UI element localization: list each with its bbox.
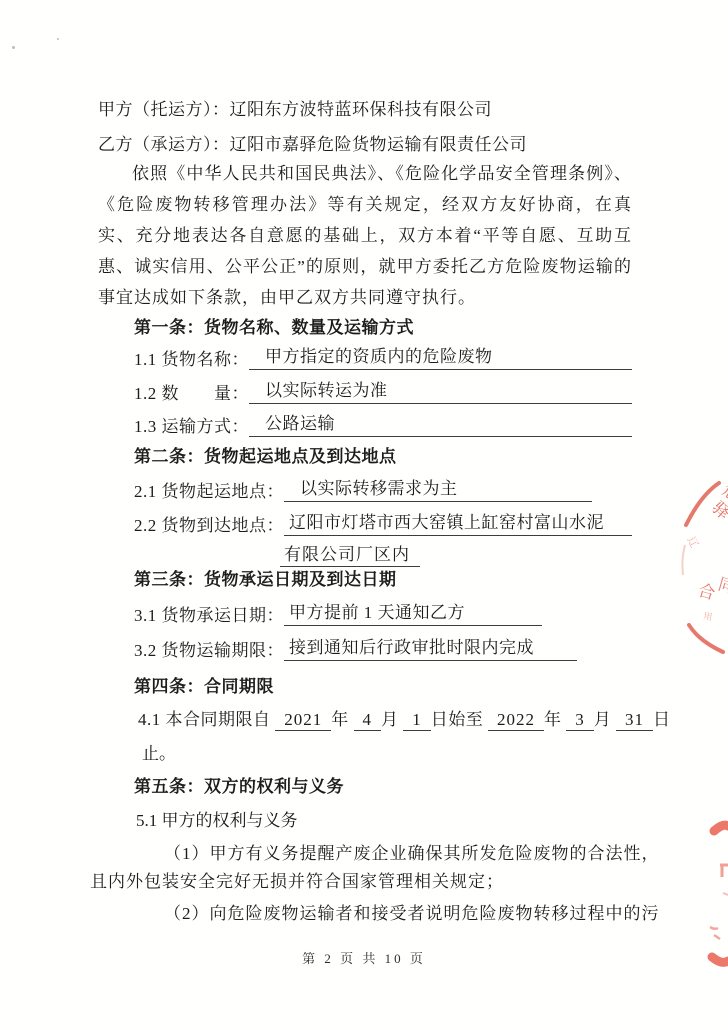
seal-arc-faint xyxy=(682,545,685,575)
clause-1-2-label: 1.2 数 量： xyxy=(134,379,249,404)
clause-1-2-value: 以实际转运为准 xyxy=(249,376,632,404)
article-1-heading: 第一条：货物名称、数量及运输方式 xyxy=(134,313,414,338)
end-label: 日 xyxy=(653,710,671,729)
clause-1-2: 1.2 数 量： 以实际转运为准 xyxy=(134,376,632,404)
clause-1-3-label: 1.3 运输方式： xyxy=(134,412,249,437)
clause-1-3: 1.3 运输方式： 公路运输 xyxy=(134,409,632,437)
year-label-1: 年 xyxy=(331,710,349,729)
clause-5-1-item2-line1: （2）向危险废物运输者和接受者说明危险废物转移过程中的污 xyxy=(164,899,660,924)
seal-char-tong: 同 xyxy=(716,575,728,598)
seal-faint-char-2: 用 xyxy=(703,611,713,622)
clause-4-1-prefix: 4.1 本合同期限自 xyxy=(138,710,271,729)
scan-speck xyxy=(57,38,59,40)
clause-2-2: 2.2 货物到达地点： 辽阳市灯塔市西大窑镇上缸窑村富山水泥 xyxy=(134,508,632,536)
seal-fragment-mark-3 xyxy=(710,927,720,939)
clause-3-2: 3.2 货物运输期限： 接到通知后行政审批时限内完成 xyxy=(134,633,632,661)
red-seal-fragment xyxy=(698,815,728,975)
clause-3-1-value: 甲方提前 1 天通知乙方 xyxy=(284,598,542,626)
clause-5-1-item1-line1: （1）甲方有义务提醒产废企业确保其所发危险废物的合法性， xyxy=(164,839,660,864)
mid-label: 日始至 xyxy=(431,710,484,729)
red-seal-stamp: 驿 危 辽 合 同 用 xyxy=(673,475,728,660)
month-label-2: 月 xyxy=(594,710,612,729)
clause-3-2-label: 3.2 货物运输期限： xyxy=(134,636,284,661)
clause-2-2-value: 辽阳市灯塔市西大窑镇上缸窑村富山水泥 xyxy=(284,508,632,536)
clause-2-2-label: 2.2 货物到达地点： xyxy=(134,511,284,536)
clause-1-1: 1.1 货物名称： 甲方指定的资质内的危险废物 xyxy=(134,342,632,370)
clause-1-1-value: 甲方指定的资质内的危险废物 xyxy=(249,342,632,370)
article-4-heading: 第四条：合同期限 xyxy=(134,672,274,697)
seal-arc-top xyxy=(686,483,719,525)
start-month-value: 4 xyxy=(354,710,382,731)
preamble-paragraph: 依照《中华人民共和国民典法》、《危险化学品安全管理条例》、《危险废物转移管理办法… xyxy=(98,158,632,313)
clause-2-2-value-continuation: 有限公司厂区内 xyxy=(280,540,420,565)
scan-speck xyxy=(12,46,15,49)
seal-fragment-mark-1 xyxy=(720,865,728,877)
clause-1-1-label: 1.1 货物名称： xyxy=(134,345,249,370)
end-year-value: 2022 xyxy=(488,710,544,731)
seal-fragment-swoosh-top xyxy=(714,825,728,831)
end-month-value: 3 xyxy=(566,710,594,731)
clause-4-1: 4.1 本合同期限自 2021年 4月 1日始至 2022年 3月 31日 xyxy=(138,705,671,730)
clause-5-1-subheading: 5.1 甲方的权利与义务 xyxy=(136,806,298,831)
clause-3-1-label: 3.1 货物承运日期： xyxy=(134,601,284,626)
seal-fragment-mark-2 xyxy=(723,893,728,895)
clause-3-2-value: 接到通知后行政审批时限内完成 xyxy=(284,633,577,661)
clause-3-1: 3.1 货物承运日期： 甲方提前 1 天通知乙方 xyxy=(134,598,632,626)
article-3-heading: 第三条：货物承运日期及到达日期 xyxy=(134,565,397,590)
end-day-value: 31 xyxy=(616,710,653,731)
clause-1-3-value: 公路运输 xyxy=(249,409,632,437)
party-a-line: 甲方（托运方）：辽阳东方波特蓝环保科技有限公司 xyxy=(98,95,492,120)
start-day-value: 1 xyxy=(403,710,431,731)
start-year-value: 2021 xyxy=(275,710,331,731)
page-number-footer: 第 2 页 共 10 页 xyxy=(0,948,728,967)
party-b-line: 乙方（承运方）：辽阳市嘉驿危险货物运输有限责任公司 xyxy=(98,130,527,155)
clause-2-1: 2.1 货物起运地点： 以实际转移需求为主 xyxy=(134,474,632,502)
seal-char-he: 合 xyxy=(696,581,718,604)
clause-5-1-item1-line2: 且内外包装安全完好无损并符合国家管理相关规定； xyxy=(90,867,504,892)
article-2-heading: 第二条：货物起运地点及到达地点 xyxy=(134,442,397,467)
article-5-heading: 第五条：双方的权利与义务 xyxy=(134,772,344,797)
seal-fragment-swoosh-bottom xyxy=(712,957,728,962)
month-label-1: 月 xyxy=(381,710,399,729)
seal-arc-bottom xyxy=(689,625,723,652)
seal-char-yi: 驿 xyxy=(708,498,728,523)
clause-2-2-continuation-text: 有限公司厂区内 xyxy=(280,545,420,567)
contract-page: 甲方（托运方）：辽阳东方波特蓝环保科技有限公司 乙方（承运方）：辽阳市嘉驿危险货… xyxy=(0,0,728,1030)
seal-faint-char: 辽 xyxy=(684,534,701,550)
clause-2-1-label: 2.1 货物起运地点： xyxy=(134,477,284,502)
clause-4-1-tail: 止。 xyxy=(142,739,176,764)
year-label-2: 年 xyxy=(544,710,562,729)
clause-2-1-value: 以实际转移需求为主 xyxy=(284,474,592,502)
